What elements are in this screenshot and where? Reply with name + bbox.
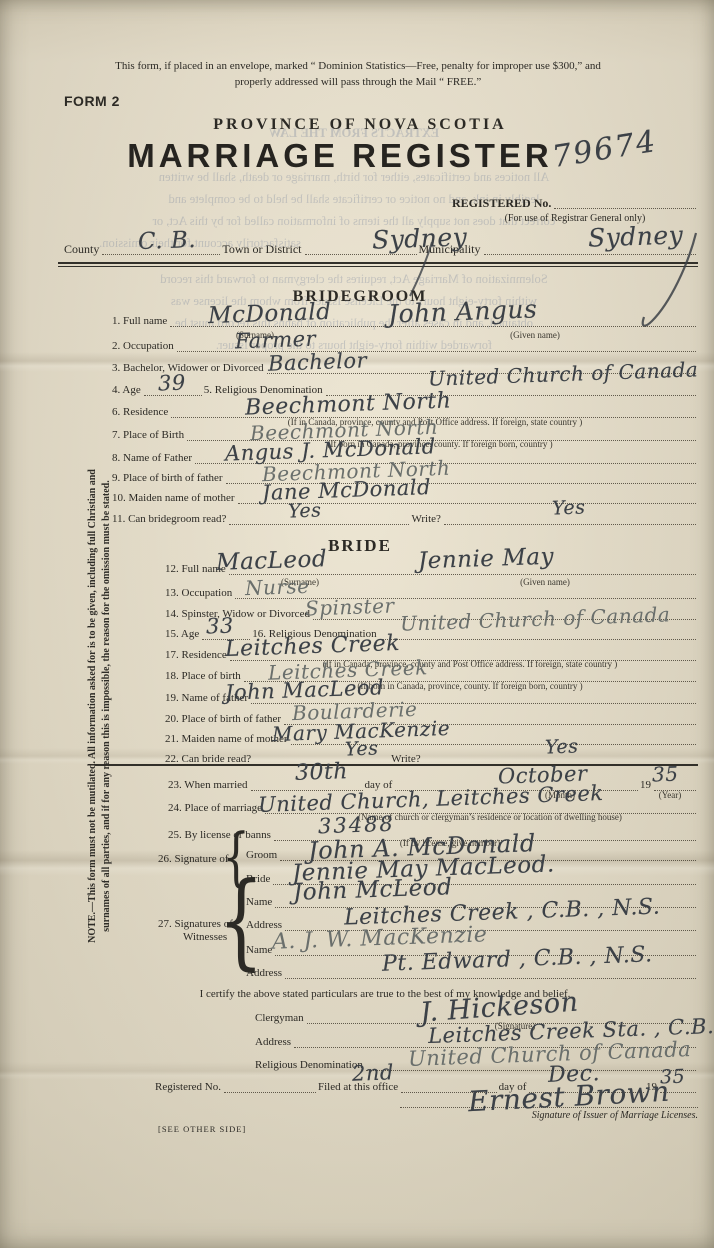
field-label: 24. Place of marriage (168, 802, 262, 815)
marriage-register-document: EXTRACTS FROM THE LAW All notices and ce… (0, 0, 714, 1248)
municipality-value-handwritten: Sydney (588, 220, 684, 252)
groom-surname-handwritten: McDonald (208, 299, 332, 329)
groom-occupation-handwritten: Farmer (235, 327, 317, 354)
margin-note: NOTE.—This form must not be mutilated. A… (86, 420, 113, 992)
field-label: 17. Residence (165, 649, 227, 662)
wedding-day-handwritten: 30th (295, 759, 349, 786)
field-row-occupation: 2. Occupation (112, 340, 698, 353)
form-number: FORM 2 (64, 93, 120, 109)
field-label: 15. Age (165, 628, 199, 641)
divider-rule (58, 266, 698, 267)
bleedthrough-text: Solemnization of Marriage Act, requires … (34, 272, 674, 287)
address-label: Address (246, 967, 282, 980)
field-label: 14. Spinster, Widow or Divorced (165, 608, 310, 621)
field-label: 23. When married (168, 779, 248, 792)
groom-read-handwritten: Yes (288, 499, 322, 522)
town-value-handwritten: Sydney (372, 222, 468, 254)
issuer-signature-label: Signature of Issuer of Marriage Licenses… (400, 1110, 698, 1121)
bride-read-handwritten: Yes (345, 737, 379, 760)
bridegroom-section-title: BRIDEGROOM (40, 288, 680, 306)
groom-age-handwritten: 39 (158, 371, 187, 396)
registered-no-label: REGISTERED No. (452, 197, 551, 210)
town-district-label: Town or District (222, 243, 301, 256)
field-label: 11. Can bridegroom read? (112, 513, 226, 526)
field-label: 25. By license or banns (168, 829, 271, 842)
field-label: 4. Age (112, 384, 141, 397)
groom-status-handwritten: Bachelor (268, 348, 368, 375)
field-label: 6. Residence (112, 406, 168, 419)
name-label: Name (246, 896, 272, 909)
bride-status-handwritten: Spinster (305, 593, 395, 620)
groom-given-handwritten: John Angus (388, 294, 538, 328)
bride-write-handwritten: Yes (545, 735, 579, 758)
bride-section-title: BRIDE (40, 536, 680, 556)
field-label: 9. Place of birth of father (112, 472, 223, 485)
margin-note-line2: surnames of all parties, and if for any … (100, 420, 114, 992)
dotted-line (554, 197, 696, 209)
year-note: (Year) (642, 790, 698, 800)
field-label: 1. Full name (112, 315, 167, 328)
field-label: 21. Maiden name of mother (165, 733, 288, 746)
field-row-read-write: 11. Can bridegroom read? Write? (112, 513, 698, 526)
county-label: County (64, 243, 99, 256)
wedding-year-handwritten: 35 (652, 762, 679, 787)
groom-write-handwritten: Yes (552, 496, 586, 519)
field-label: 2. Occupation (112, 340, 174, 353)
margin-note-line1: NOTE.—This form must not be mutilated. A… (86, 420, 100, 992)
clergyman-label: Clergyman (255, 1012, 304, 1025)
field-label: 13. Occupation (165, 587, 232, 600)
bride-age-handwritten: 33 (206, 614, 235, 639)
registered-no-row: REGISTERED No. (452, 197, 698, 210)
field-label: 3. Bachelor, Widower or Divorced (112, 362, 264, 375)
given-name-note: (Given name) (470, 577, 620, 587)
field-label: 10. Maiden name of mother (112, 492, 235, 505)
dotted-line (224, 1081, 316, 1093)
field-label: 20. Place of birth of father (165, 713, 281, 726)
filed-day-handwritten: 2nd (352, 1060, 395, 1085)
mail-notice-line1: This form, if placed in an envelope, mar… (60, 60, 656, 72)
field-label: 8. Name of Father (112, 452, 192, 465)
mail-notice-line2: properly addressed will pass through the… (60, 76, 656, 88)
see-other-side-note: [SEE OTHER SIDE] (158, 1124, 246, 1134)
name-label: Name (246, 944, 272, 957)
county-value-handwritten: C. B. (138, 227, 197, 255)
write-label: Write? (411, 513, 440, 526)
field-label: 7. Place of Birth (112, 429, 184, 442)
bride-occupation-handwritten: Nurse (245, 574, 310, 600)
address-label: Address (255, 1036, 291, 1049)
bride-surname-handwritten: MacLeod (216, 546, 328, 576)
given-name-note: (Given name) (460, 330, 610, 340)
registered-no-label: Registered No. (155, 1081, 221, 1094)
bride-given-handwritten: Jennie May (418, 544, 555, 575)
witness1-name-handwritten: John McLeod (293, 874, 453, 906)
divider-rule (58, 262, 698, 264)
denomination-label: Religious Denomination (255, 1059, 363, 1072)
province-title: PROVINCE OF NOVA SCOTIA (40, 116, 680, 134)
section-rule (95, 764, 698, 766)
